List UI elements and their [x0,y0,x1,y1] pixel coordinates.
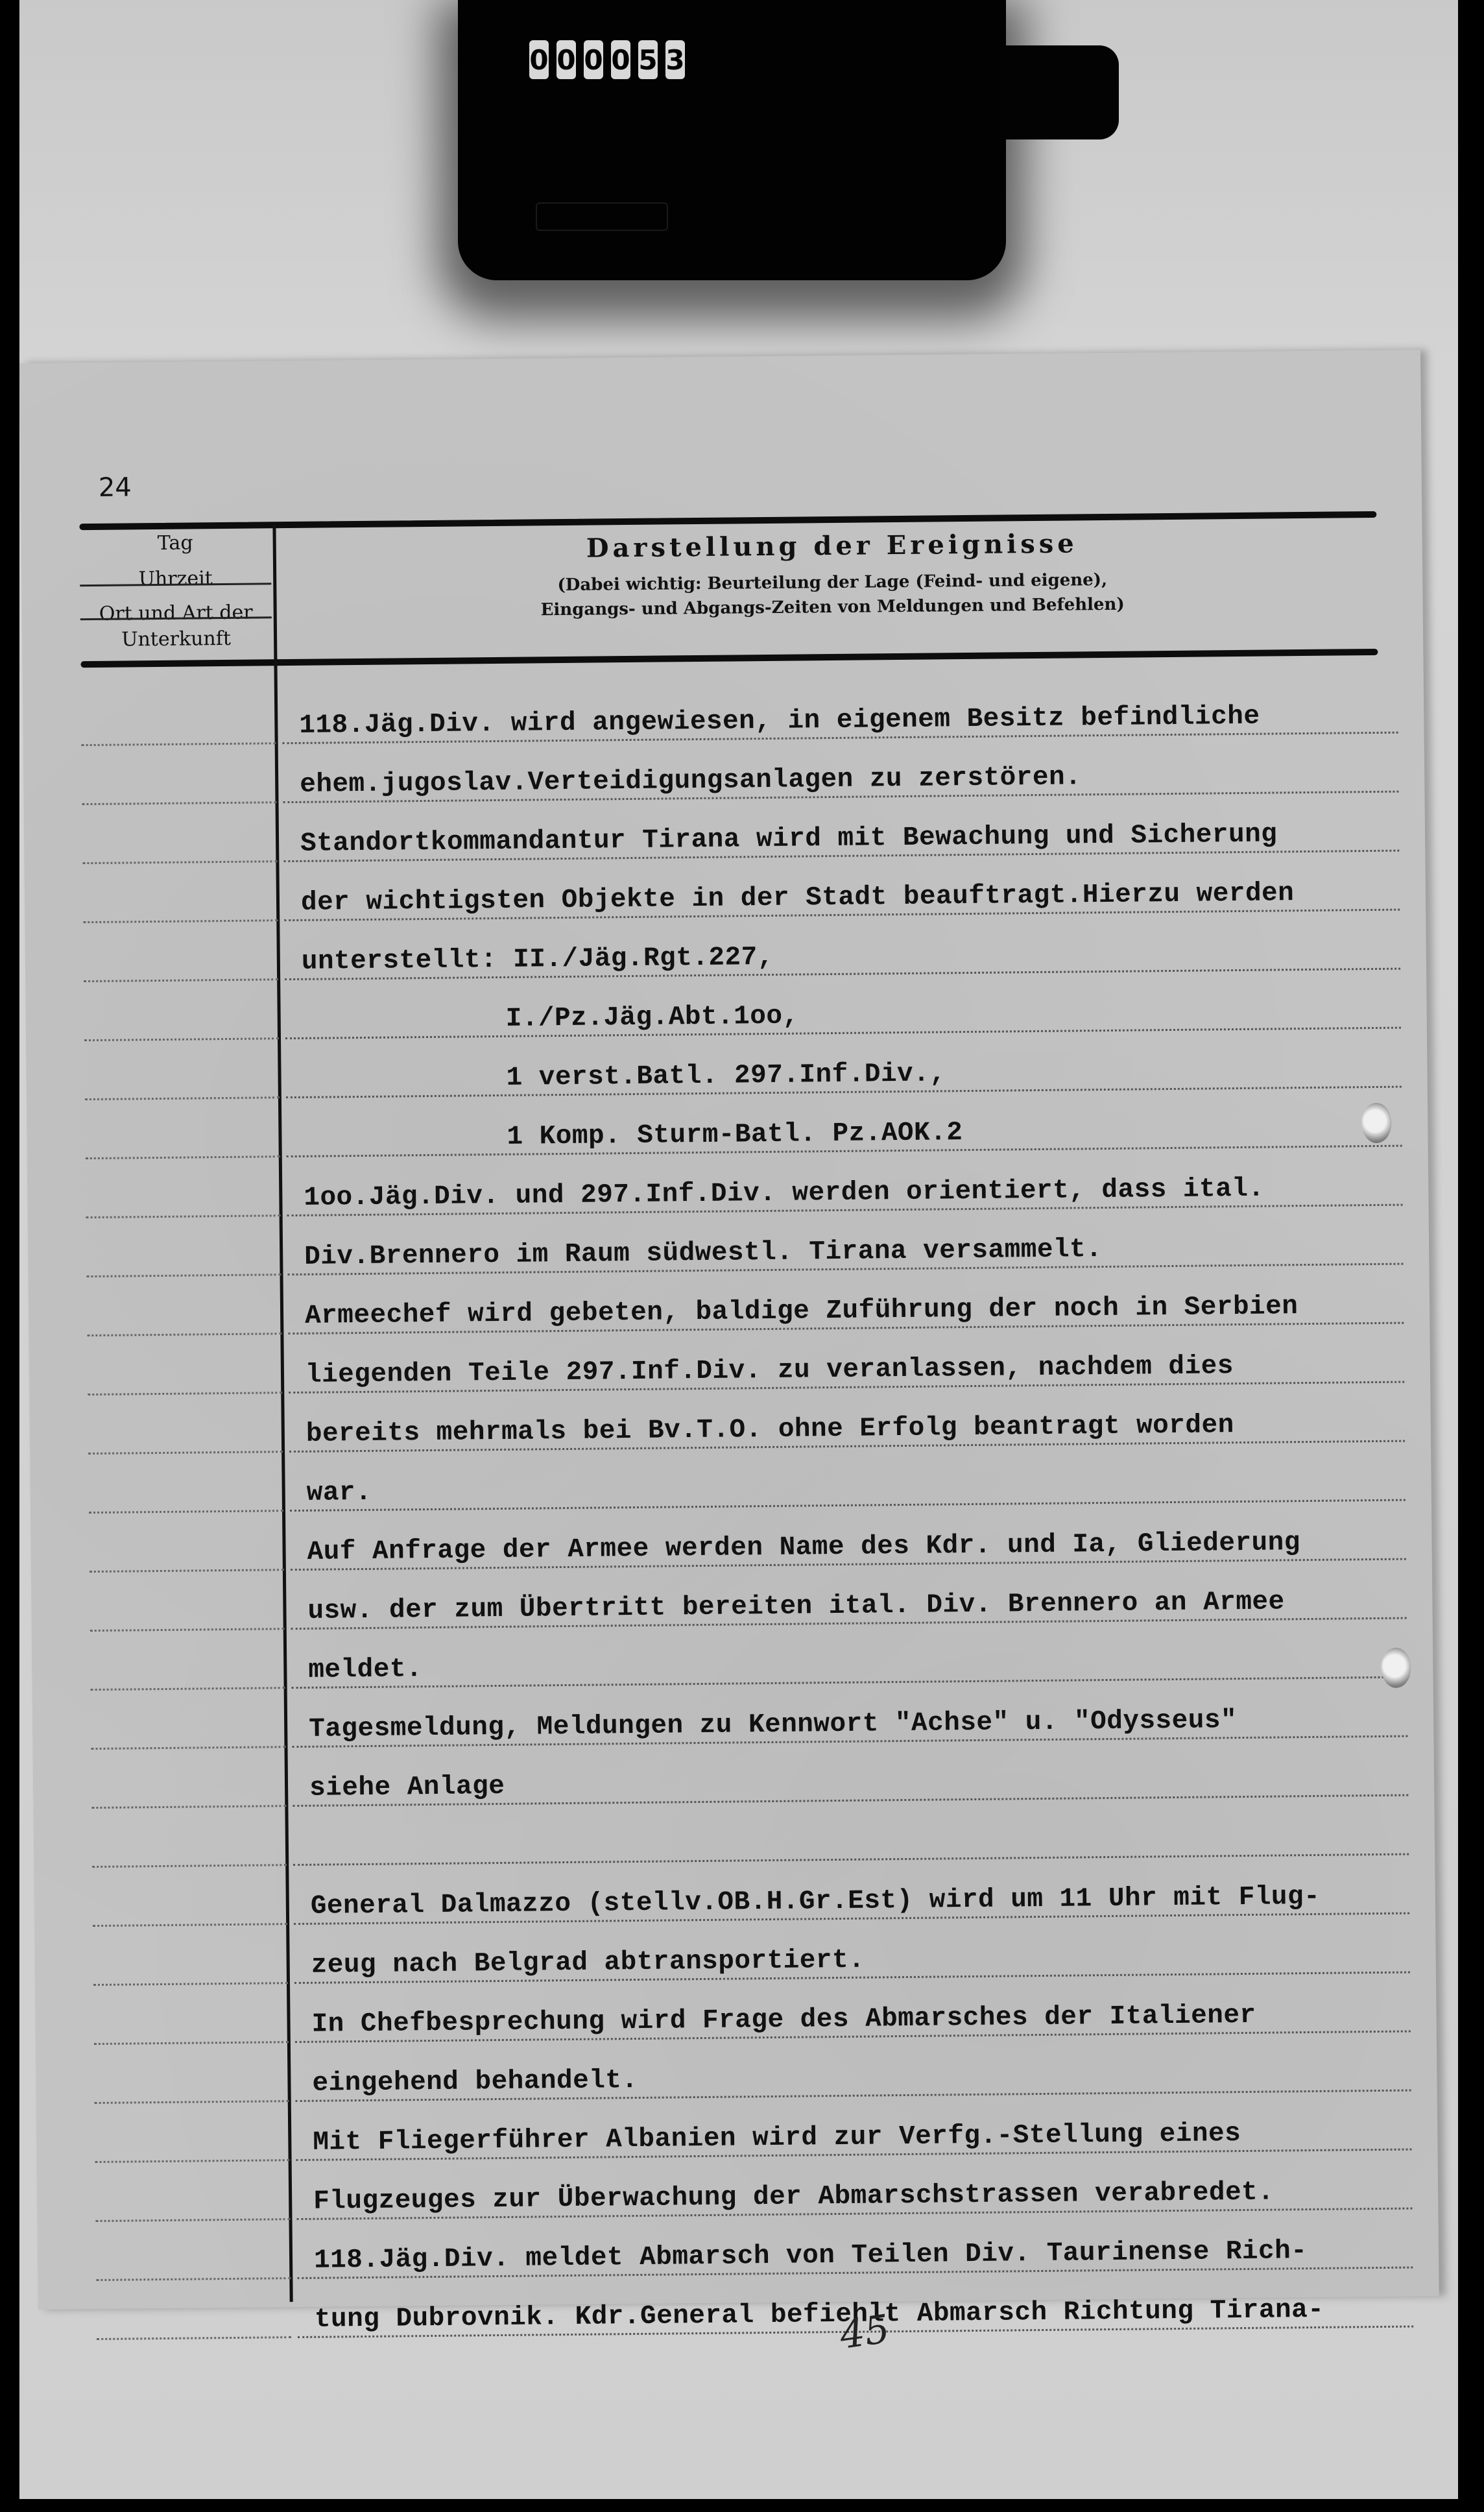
log-line-text: Tagesmeldung, Meldungen zu Kennwort "Ach… [309,1706,1237,1745]
log-line: I./Pz.Jäg.Abt.1oo, [285,970,1401,1040]
handwritten-folio-number: 45 [837,2306,892,2358]
counter-digit: 0 [556,40,576,79]
log-line-text: Armeechef wird gebeten, baldige Zuführun… [305,1292,1298,1331]
log-line: der wichtigsten Objekte in der Stadt bea… [283,852,1400,922]
log-line: zeug nach Belgrad abtransportiert. [294,1914,1410,1985]
log-line: General Dalmazzo (stellv.OB.H.Gr.Est) wi… [293,1855,1409,1926]
counter-digit: 0 [611,40,630,79]
log-line-text: I./Pz.Jäg.Abt.1oo, [506,1002,799,1034]
log-line-text: 118.Jäg.Div. wird angewiesen, in eigenem… [299,702,1260,741]
log-line: Mit Fliegerführer Albanien wird zur Verf… [296,2092,1412,2162]
header-title: Darstellung der Ereignisse [281,525,1383,566]
event-log-body: 118.Jäg.Div. wird angewiesen, in eigenem… [282,675,1413,2338]
log-line: meldet. [291,1619,1407,1689]
header-tag: Tag [79,523,270,559]
left-column-header: Tag Uhrzeit Ort und Art der Unterkunft [79,523,272,653]
log-line: bereits mehrmals bei Bv.T.O. ohne Erfolg… [289,1383,1405,1453]
log-line-text: Auf Anfrage der Armee werden Name des Kd… [307,1528,1300,1567]
log-line: war. [289,1442,1406,1512]
log-line: Div.Brennero im Raum südwestl. Tirana ve… [287,1206,1404,1276]
log-line-text: In Chefbesprechung wird Frage des Abmars… [311,2001,1256,2040]
log-line: siehe Anlage [293,1737,1409,1807]
frame-counter-digits: 000053 [529,40,685,79]
log-line-text: siehe Anlage [309,1772,505,1804]
log-line-text: Mit Fliegerführer Albanien wird zur Verf… [313,2119,1241,2158]
scan-border-right [1458,0,1484,2512]
log-line-text: 1oo.Jäg.Div. und 297.Inf.Div. werden ori… [304,1174,1265,1213]
log-line-text: meldet. [308,1654,422,1685]
log-line: ehem.jugoslav.Verteidigungsanlagen zu ze… [283,734,1399,804]
log-line-text: unterstellt: II./Jäg.Rgt.227, [302,943,774,977]
log-line-text: der wichtigsten Objekte in der Stadt bea… [301,878,1295,918]
document-page: 24 Tag Uhrzeit Ort und Art der Unterkunf… [19,350,1439,2310]
log-line: eingehend behandelt. [295,2033,1411,2103]
log-line: Standortkommandantur Tirana wird mit Bew… [283,793,1400,863]
log-line: 118.Jäg.Div. wird angewiesen, in eigenem… [282,675,1398,745]
log-line-text: Flugzeuges zur Überwachung der Abmarschs… [313,2178,1275,2217]
counter-knob [999,45,1119,139]
log-line-text: eingehend behandelt. [312,2066,638,2099]
scan-border-bottom [0,2499,1484,2512]
log-line-text: Standortkommandantur Tirana wird mit Bew… [300,819,1278,858]
frame-counter-device: 000053 [458,0,1006,280]
counter-slot [536,202,668,231]
log-line: 1 Komp. Sturm-Batl. Pz.AOK.2 [286,1088,1402,1158]
log-line: Flugzeuges zur Überwachung der Abmarschs… [296,2151,1413,2221]
log-line-text: war. [307,1478,372,1508]
log-line-text: 1 verst.Batl. 297.Inf.Div., [506,1059,946,1093]
log-line-text: General Dalmazzo (stellv.OB.H.Gr.Est) wi… [311,1882,1321,1922]
log-line: 1 verst.Batl. 297.Inf.Div., [285,1029,1402,1099]
log-line-text: 1 Komp. Sturm-Batl. Pz.AOK.2 [507,1118,963,1152]
log-line: unterstellt: II./Jäg.Rgt.227, [284,911,1400,981]
punch-hole-lower [1381,1648,1411,1688]
log-line: Auf Anfrage der Armee werden Name des Kd… [290,1501,1406,1571]
log-line-text: usw. der zum Übertritt bereiten ital. Di… [307,1587,1285,1626]
log-line: usw. der zum Übertritt bereiten ital. Di… [291,1560,1407,1630]
log-line-text: zeug nach Belgrad abtransportiert. [311,1946,865,1981]
log-line: 118.Jäg.Div. meldet Abmarsch von Teilen … [296,2210,1413,2280]
log-line-text: ehem.jugoslav.Verteidigungsanlagen zu ze… [300,762,1081,800]
header-ort: Ort und Art der [80,596,271,627]
log-line: Tagesmeldung, Meldungen zu Kennwort "Ach… [292,1678,1408,1748]
counter-digit: 0 [584,40,603,79]
counter-digit: 3 [665,40,685,79]
log-line [293,1796,1409,1866]
scan-border-left [0,0,18,2512]
log-line-text: liegenden Teile 297.Inf.Div. zu veranlas… [305,1351,1234,1390]
log-line: 1oo.Jäg.Div. und 297.Inf.Div. werden ori… [287,1147,1403,1217]
log-line: liegenden Teile 297.Inf.Div. zu veranlas… [288,1324,1404,1394]
log-line-text: tung Dubrovnik. Kdr.General befiehlt Abm… [315,2295,1324,2335]
page-number: 24 [99,472,132,502]
punch-hole-upper [1361,1103,1392,1143]
log-line-text: Div.Brennero im Raum südwestl. Tirana ve… [304,1235,1102,1272]
counter-digit: 0 [529,40,549,79]
header-uhrzeit: Uhrzeit [80,562,271,598]
header-unterkunft: Unterkunft [80,625,272,653]
log-line-text: 118.Jäg.Div. meldet Abmarsch von Teilen … [314,2236,1308,2276]
main-column-header: Darstellung der Ereignisse (Dabei wichti… [281,525,1384,625]
log-line-text: bereits mehrmals bei Bv.T.O. ohne Erfolg… [306,1410,1234,1449]
log-line: In Chefbesprechung wird Frage des Abmars… [294,1974,1411,2044]
log-line: Armeechef wird gebeten, baldige Zuführun… [288,1265,1404,1335]
counter-digit: 5 [638,40,658,79]
